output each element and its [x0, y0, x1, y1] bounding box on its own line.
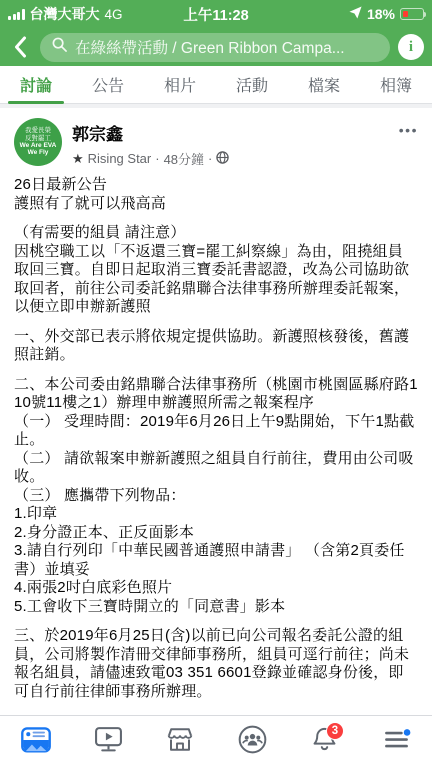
post-options-button[interactable]: •••	[399, 118, 418, 138]
group-name-label: 在綠絲帶活動 / Green Ribbon Campa...	[75, 36, 345, 58]
info-icon: i	[409, 39, 413, 56]
nav-groups-button[interactable]	[216, 716, 288, 768]
location-arrow-icon	[349, 6, 362, 22]
network-type-label: 4G	[105, 7, 123, 22]
post-text-line: 二、本公司委由銘鼎聯合法律事務所（桃園市桃園區縣府路110號11樓之1）辦理申辦…	[14, 376, 418, 413]
post-text-line	[14, 616, 418, 627]
nav-watch-button[interactable]	[72, 716, 144, 768]
rising-star-icon: ★	[72, 151, 84, 167]
avatar[interactable]: 我愛長榮 反對罷工 We Are EVA We Fly	[14, 118, 62, 166]
post-text-line: 2.身分證正本、正反面影本	[14, 524, 418, 543]
bottom-navigation: 3	[0, 715, 432, 768]
tab-label: 活動	[236, 73, 268, 96]
groups-icon	[238, 725, 267, 759]
tab-discussion[interactable]: 討論	[0, 66, 72, 103]
status-bar: 台灣大哥大 4G 上午11:28 18%	[0, 0, 432, 28]
avatar-text: 我愛長榮	[25, 127, 51, 134]
watch-icon	[94, 726, 123, 758]
avatar-text: We Fly	[28, 149, 49, 156]
post-header: 我愛長榮 反對罷工 We Are EVA We Fly 郭宗鑫 ★ Rising…	[14, 118, 418, 168]
news-feed-icon	[21, 727, 51, 758]
post-text-line: 三、於2019年6月25日(含)以前已向公司報名委託公證的組員，公司將製作清冊交…	[14, 627, 418, 701]
nav-marketplace-button[interactable]	[144, 716, 216, 768]
group-info-button[interactable]: i	[398, 34, 424, 60]
clock-label: 上午11:28	[183, 4, 248, 25]
post-text-line: 護照有了就可以飛高高	[14, 195, 418, 214]
tab-photos[interactable]: 相片	[144, 66, 216, 103]
tab-label: 討論	[20, 73, 52, 96]
post-text-line: 3.請自行列印「中華民國普通護照申請書」 （含第2頁委任書）並填妥	[14, 542, 418, 579]
notification-count-badge: 3	[326, 722, 344, 740]
post-text-line: 4.兩張2吋白底彩色照片	[14, 579, 418, 598]
post-text-line	[14, 213, 418, 224]
group-header: 在綠絲帶活動 / Green Ribbon Campa... i	[0, 28, 432, 66]
separator-dot: ·	[155, 151, 159, 166]
search-icon	[52, 37, 67, 57]
tab-events[interactable]: 活動	[216, 66, 288, 103]
marketplace-icon	[166, 726, 194, 758]
separator-dot: ·	[208, 151, 212, 166]
tab-label: 檔案	[308, 73, 340, 96]
nav-news-feed-button[interactable]	[0, 716, 72, 768]
post-body: 26日最新公告 護照有了就可以飛高高 （有需要的組員 請注意） 因桃空職工以「不…	[14, 176, 418, 701]
tab-label: 相片	[164, 73, 196, 96]
battery-percent-label: 18%	[367, 6, 395, 22]
nav-menu-button[interactable]	[360, 716, 432, 768]
post-text-line: （三） 應攜帶下列物品：	[14, 487, 418, 506]
carrier-label: 台灣大哥大	[30, 4, 100, 24]
member-badge-label: Rising Star	[88, 151, 152, 166]
post-text-line: 因桃空職工以「不返還三寶=罷工糾察線」為由，阻撓組員取回三寶。自即日起取消三寶委…	[14, 243, 418, 317]
signal-strength-icon	[8, 9, 25, 20]
post-text-line: 1.印章	[14, 505, 418, 524]
avatar-text: We Are EVA	[20, 142, 57, 149]
battery-icon	[400, 8, 424, 20]
menu-icon	[382, 727, 411, 757]
group-tab-bar: 討論 公告 相片 活動 檔案 相簿	[0, 66, 432, 104]
tab-label: 公告	[92, 73, 124, 96]
tab-announcements[interactable]: 公告	[72, 66, 144, 103]
post-text-line: （一） 受理時間：2019年6月26日上午9點開始，下午1點截止。	[14, 413, 418, 450]
post-text-line: （二） 請欲報案申辦新護照之組員自行前往，費用由公司吸收。	[14, 450, 418, 487]
tab-files[interactable]: 檔案	[288, 66, 360, 103]
post-meta: ★ Rising Star · 48分鐘 ·	[72, 149, 389, 168]
post-timestamp[interactable]: 48分鐘	[164, 149, 204, 168]
tab-label: 相簿	[380, 73, 412, 96]
nav-notifications-button[interactable]: 3	[288, 716, 360, 768]
post-text-line: 26日最新公告	[14, 176, 418, 195]
avatar-text: 反對罷工	[25, 135, 51, 142]
post-text-line: （有需要的組員 請注意）	[14, 224, 418, 243]
post-text-line	[14, 365, 418, 376]
back-button[interactable]	[8, 36, 32, 58]
post-text-line: 一、外交部已表示將依規定提供協助。新護照核發後，舊護照註銷。	[14, 328, 418, 365]
group-search-bar[interactable]: 在綠絲帶活動 / Green Ribbon Campa...	[40, 33, 390, 62]
tab-albums[interactable]: 相簿	[360, 66, 432, 103]
facebook-group-screen: 台灣大哥大 4G 上午11:28 18% 在綠絲帶活動 / Green Ribb…	[0, 0, 432, 768]
post-text-line	[14, 317, 418, 328]
post-text-line: 5.工會收下三寶時開立的「同意書」影本	[14, 598, 418, 617]
post-author-name[interactable]: 郭宗鑫	[72, 120, 389, 145]
post: 我愛長榮 反對罷工 We Are EVA We Fly 郭宗鑫 ★ Rising…	[0, 108, 432, 701]
privacy-globe-icon	[216, 151, 229, 167]
